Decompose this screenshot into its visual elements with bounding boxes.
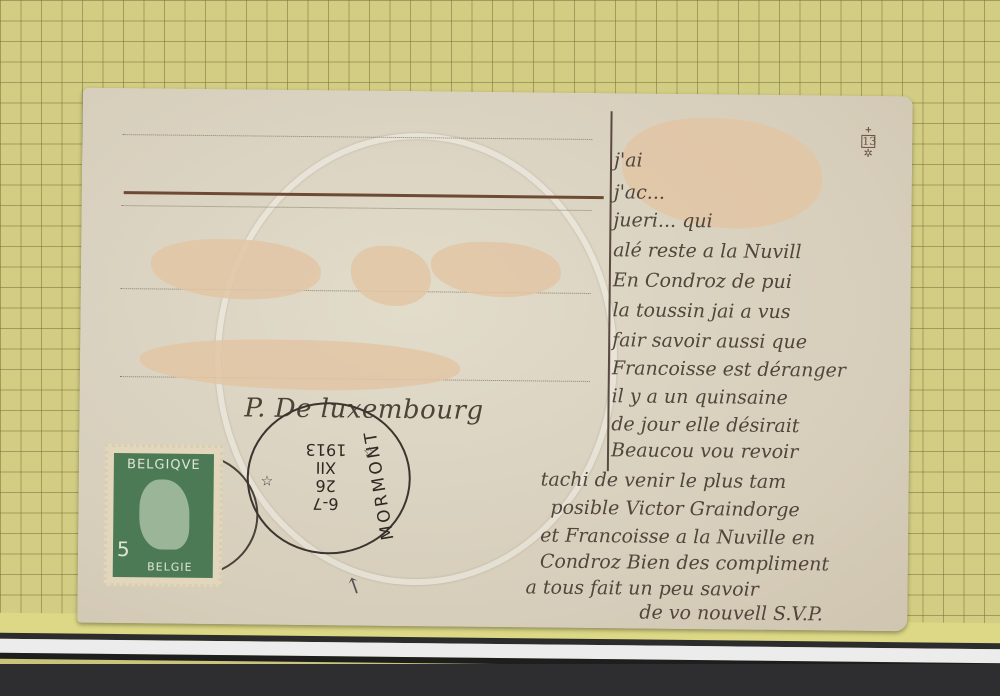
- star-icon: ☆: [363, 445, 376, 461]
- message-line: Condroz Bien des compliment: [540, 550, 829, 575]
- postmark-time: 6-7: [290, 494, 360, 514]
- message-line: fair savoir aussi que: [612, 329, 807, 353]
- message-line: posible Victor Graindorge: [550, 497, 799, 522]
- lion-icon: [139, 479, 190, 550]
- message-line: j'ai: [614, 149, 643, 171]
- stamp-value: 5: [117, 537, 130, 561]
- postcard: ᚐ 13 ✲ P. De luxembourg BELGIQVE 5 BELGI…: [77, 88, 913, 632]
- publisher-mark: ᚐ 13 ✲: [857, 124, 879, 158]
- message-line: la toussin jai a vus: [612, 299, 790, 323]
- postmark-month: XII: [291, 458, 361, 478]
- message-line: jueri... qui: [613, 209, 712, 232]
- message-line: il y a un quinsaine: [612, 385, 788, 409]
- publisher-mark-bottom: ✲: [857, 148, 879, 159]
- star-icon: ☆: [261, 474, 274, 490]
- message-line: tachi de venir le plus tam: [541, 468, 787, 493]
- publisher-mark-top: ᚐ: [857, 124, 879, 135]
- postmark: 1913 XII 26 6-7 MORMONT ☆ ☆: [246, 401, 412, 555]
- message-line: En Condroz de pui: [613, 269, 792, 293]
- message-line: Francoisse est déranger: [612, 357, 846, 381]
- stamp-country-top: BELGIQVE: [114, 457, 214, 473]
- message-line: de jour elle désirait: [611, 413, 799, 437]
- message-line: a tous fait un peu savoir: [526, 576, 759, 600]
- message-line: de vo nouvell S.V.P.: [639, 602, 823, 626]
- dark-base: [0, 664, 1000, 696]
- message-line: et Francoisse a la Nuville en: [540, 524, 815, 549]
- postmark-town: MORMONT: [359, 420, 398, 542]
- stamp-face: BELGIQVE 5 BELGIE: [113, 453, 214, 578]
- message-line: j'ac...: [614, 181, 665, 204]
- address-line: [122, 134, 592, 140]
- postmark-day: 26: [291, 476, 361, 496]
- message-line: Beaucou vou revoir: [611, 439, 798, 463]
- stamp-country-bottom: BELGIE: [127, 560, 213, 574]
- message-line: alé reste a la Nuvill: [613, 239, 802, 263]
- postmark-year: 1913: [291, 440, 361, 460]
- postage-stamp: BELGIQVE 5 BELGIE: [104, 444, 223, 587]
